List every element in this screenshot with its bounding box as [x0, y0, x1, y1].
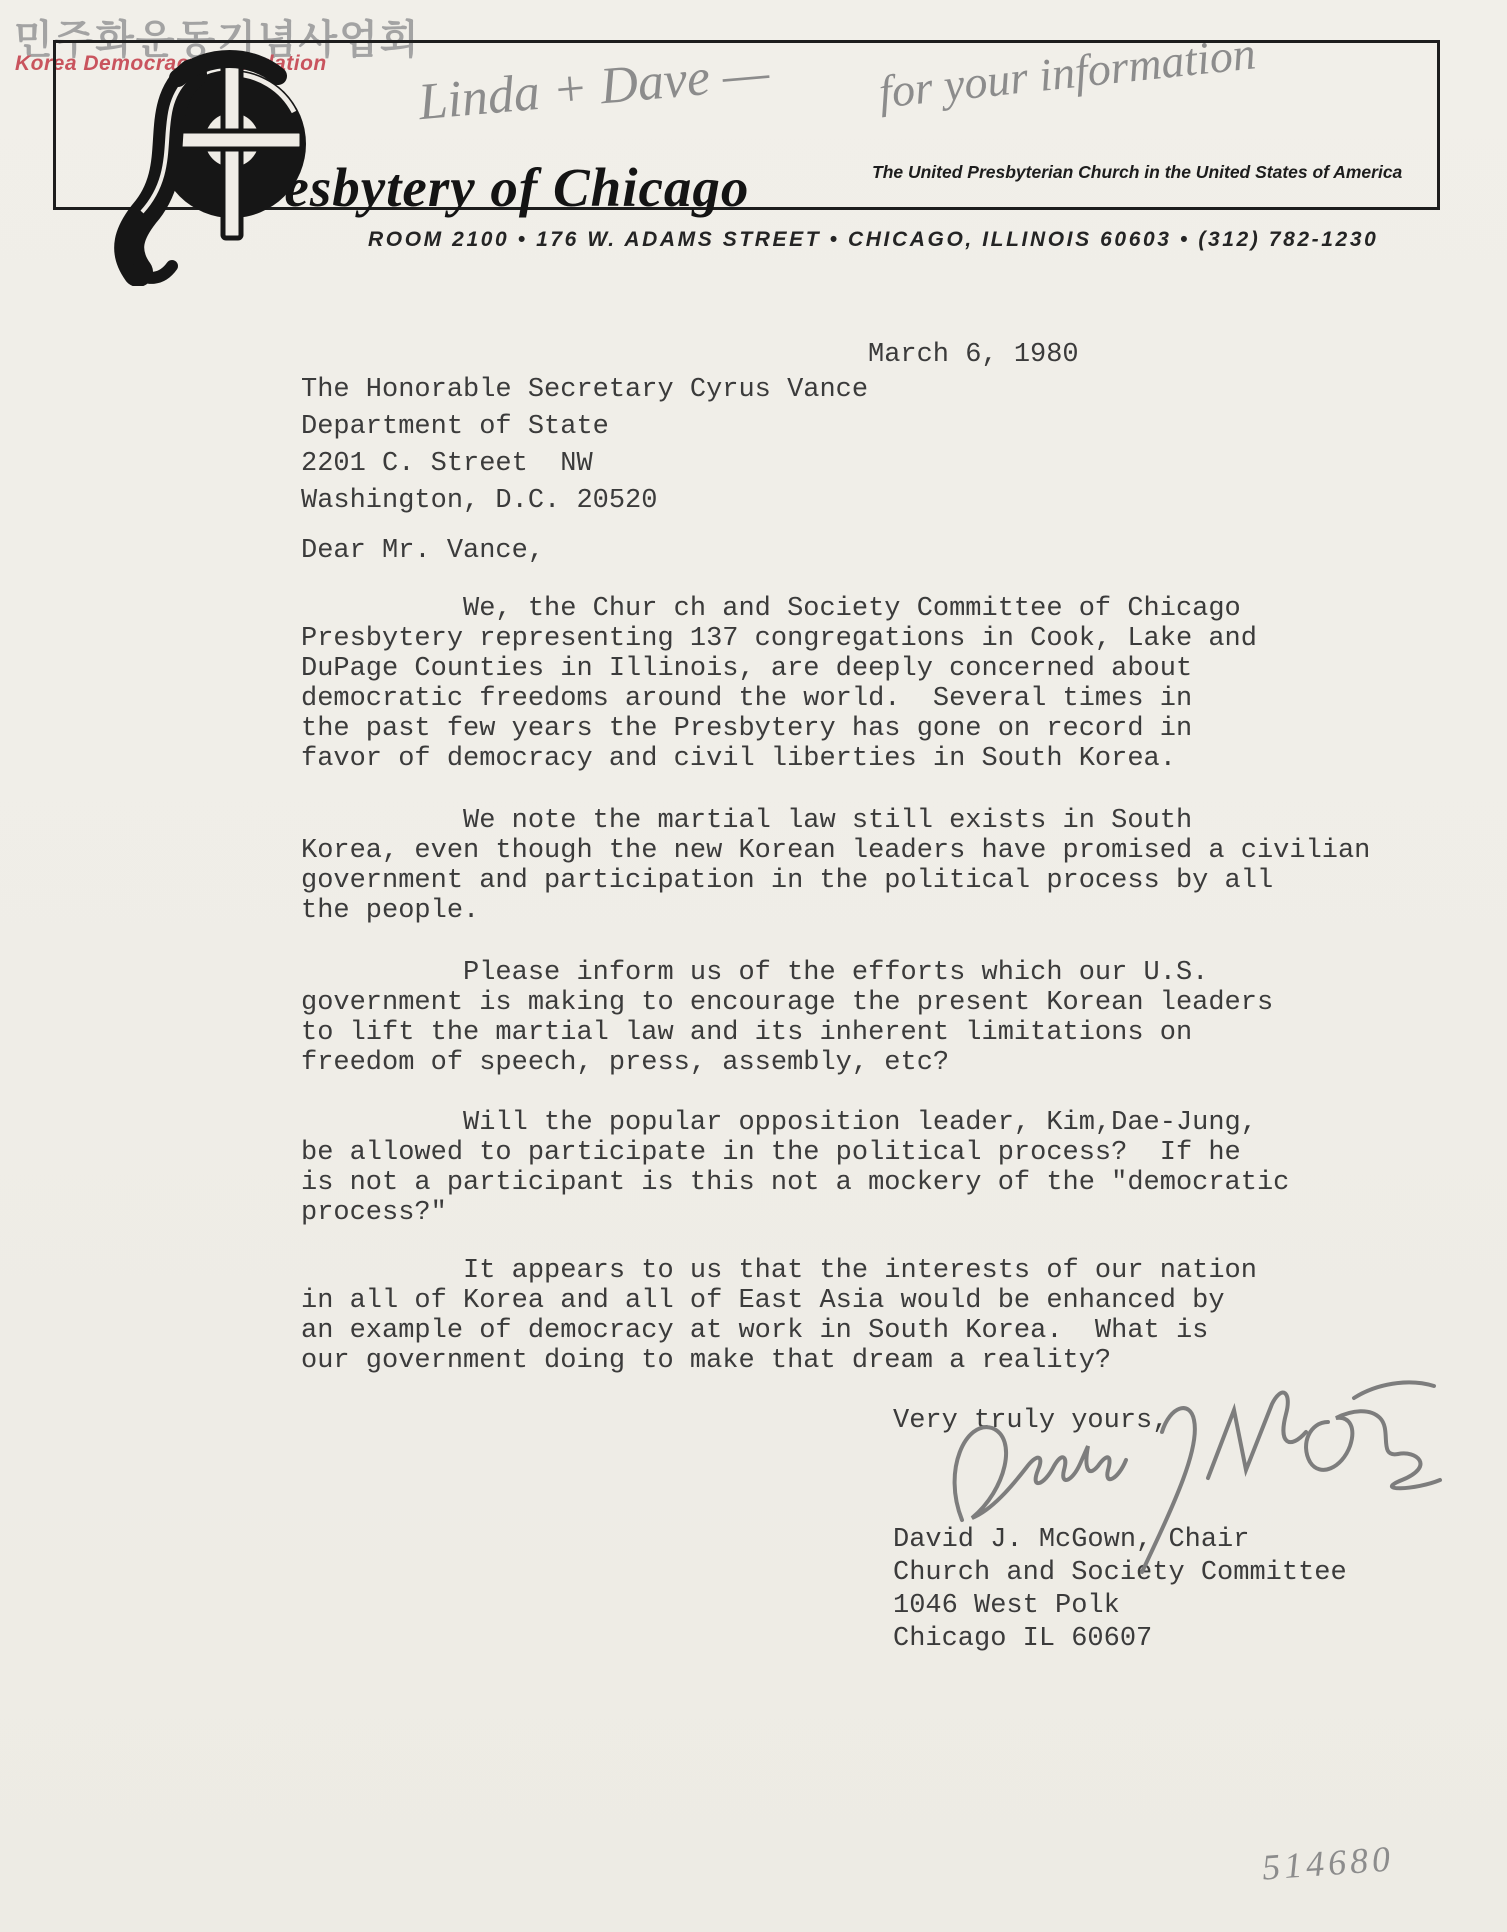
- denomination-line: The United Presbyterian Church in the Un…: [872, 162, 1402, 183]
- archival-number: 514680: [1261, 1837, 1396, 1888]
- salutation: Dear Mr. Vance,: [301, 536, 544, 566]
- body-paragraph-5: It appears to us that the interests of o…: [301, 1256, 1257, 1376]
- body-paragraph-1: We, the Chur ch and Society Committee of…: [301, 594, 1257, 774]
- recipient-address-block: The Honorable Secretary Cyrus Vance Depa…: [301, 372, 868, 520]
- letter-date: March 6, 1980: [868, 340, 1079, 370]
- letterhead-address-line: ROOM 2100 • 176 W. ADAMS STREET • CHICAG…: [368, 228, 1378, 252]
- presbytery-cross-logo-icon: [80, 44, 342, 286]
- body-paragraph-4: Will the popular opposition leader, Kim,…: [301, 1108, 1289, 1228]
- body-paragraph-2: We note the martial law still exists in …: [301, 806, 1370, 926]
- scanned-letter-page: 민주화운동기념사업회 Korea Democracy Foundation re…: [0, 0, 1507, 1932]
- body-paragraph-3: Please inform us of the efforts which ou…: [301, 958, 1273, 1078]
- signature-scrawl-icon: [924, 1368, 1464, 1608]
